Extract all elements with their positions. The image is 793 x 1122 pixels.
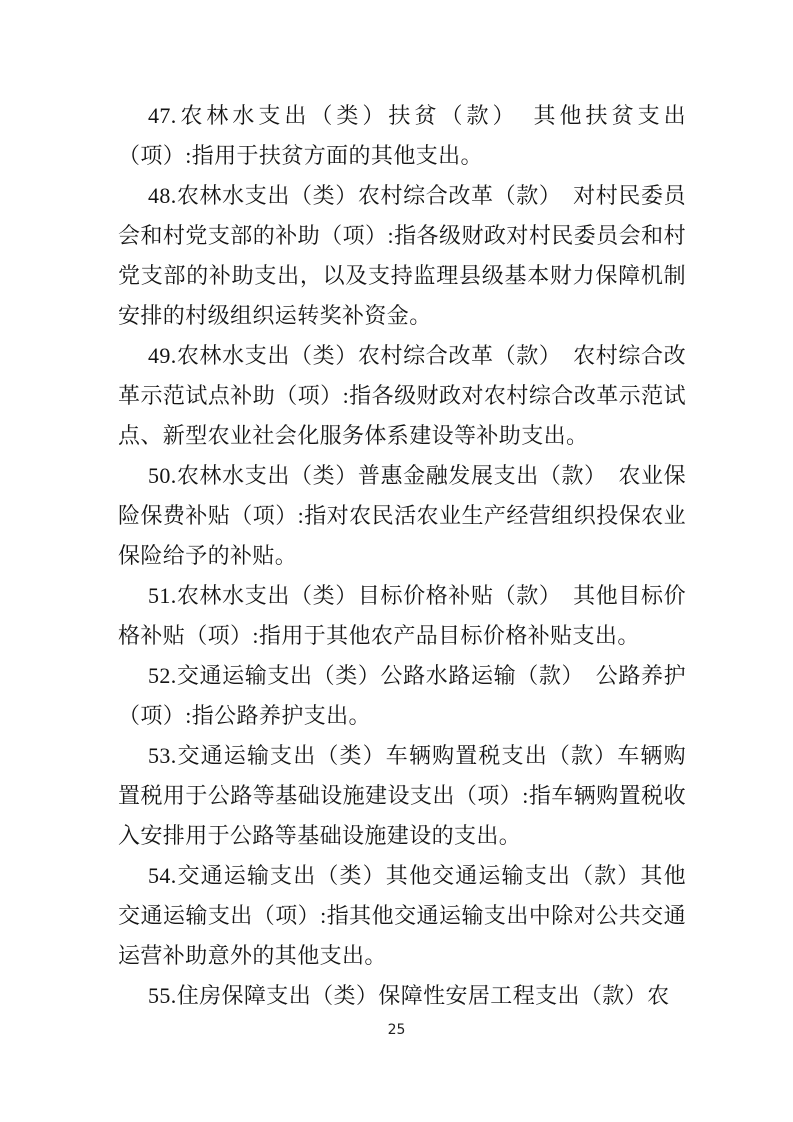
document-page: 47.农林水支出（类）扶贫（款） 其他扶贫支出（项）:指用于扶贫方面的其他支出。… [0,0,793,1122]
paragraph-49: 49.农林水支出（类）农村综合改革（款） 农村综合改革示范试点补助（项）:指各级… [118,336,686,456]
paragraph-47: 47.农林水支出（类）扶贫（款） 其他扶贫支出（项）:指用于扶贫方面的其他支出。 [118,96,686,176]
paragraph-52: 52.交通运输支出（类）公路水路运输（款） 公路养护（项）:指公路养护支出。 [118,656,686,736]
paragraph-48: 48.农林水支出（类）农村综合改革（款） 对村民委员会和村党支部的补助（项）:指… [118,176,686,336]
paragraph-50: 50.农林水支出（类）普惠金融发展支出（款） 农业保险保费补贴（项）:指对农民活… [118,456,686,576]
paragraph-51: 51.农林水支出（类）目标价格补贴（款） 其他目标价格补贴（项）:指用于其他农产… [118,576,686,656]
page-number: 25 [0,1022,793,1038]
paragraph-53: 53.交通运输支出（类）车辆购置税支出（款）车辆购置税用于公路等基础设施建设支出… [118,736,686,856]
paragraph-54: 54.交通运输支出（类）其他交通运输支出（款）其他交通运输支出（项）:指其他交通… [118,856,686,976]
paragraph-55: 55.住房保障支出（类）保障性安居工程支出（款）农 [118,976,686,1016]
document-text-block: 47.农林水支出（类）扶贫（款） 其他扶贫支出（项）:指用于扶贫方面的其他支出。… [118,96,686,1016]
